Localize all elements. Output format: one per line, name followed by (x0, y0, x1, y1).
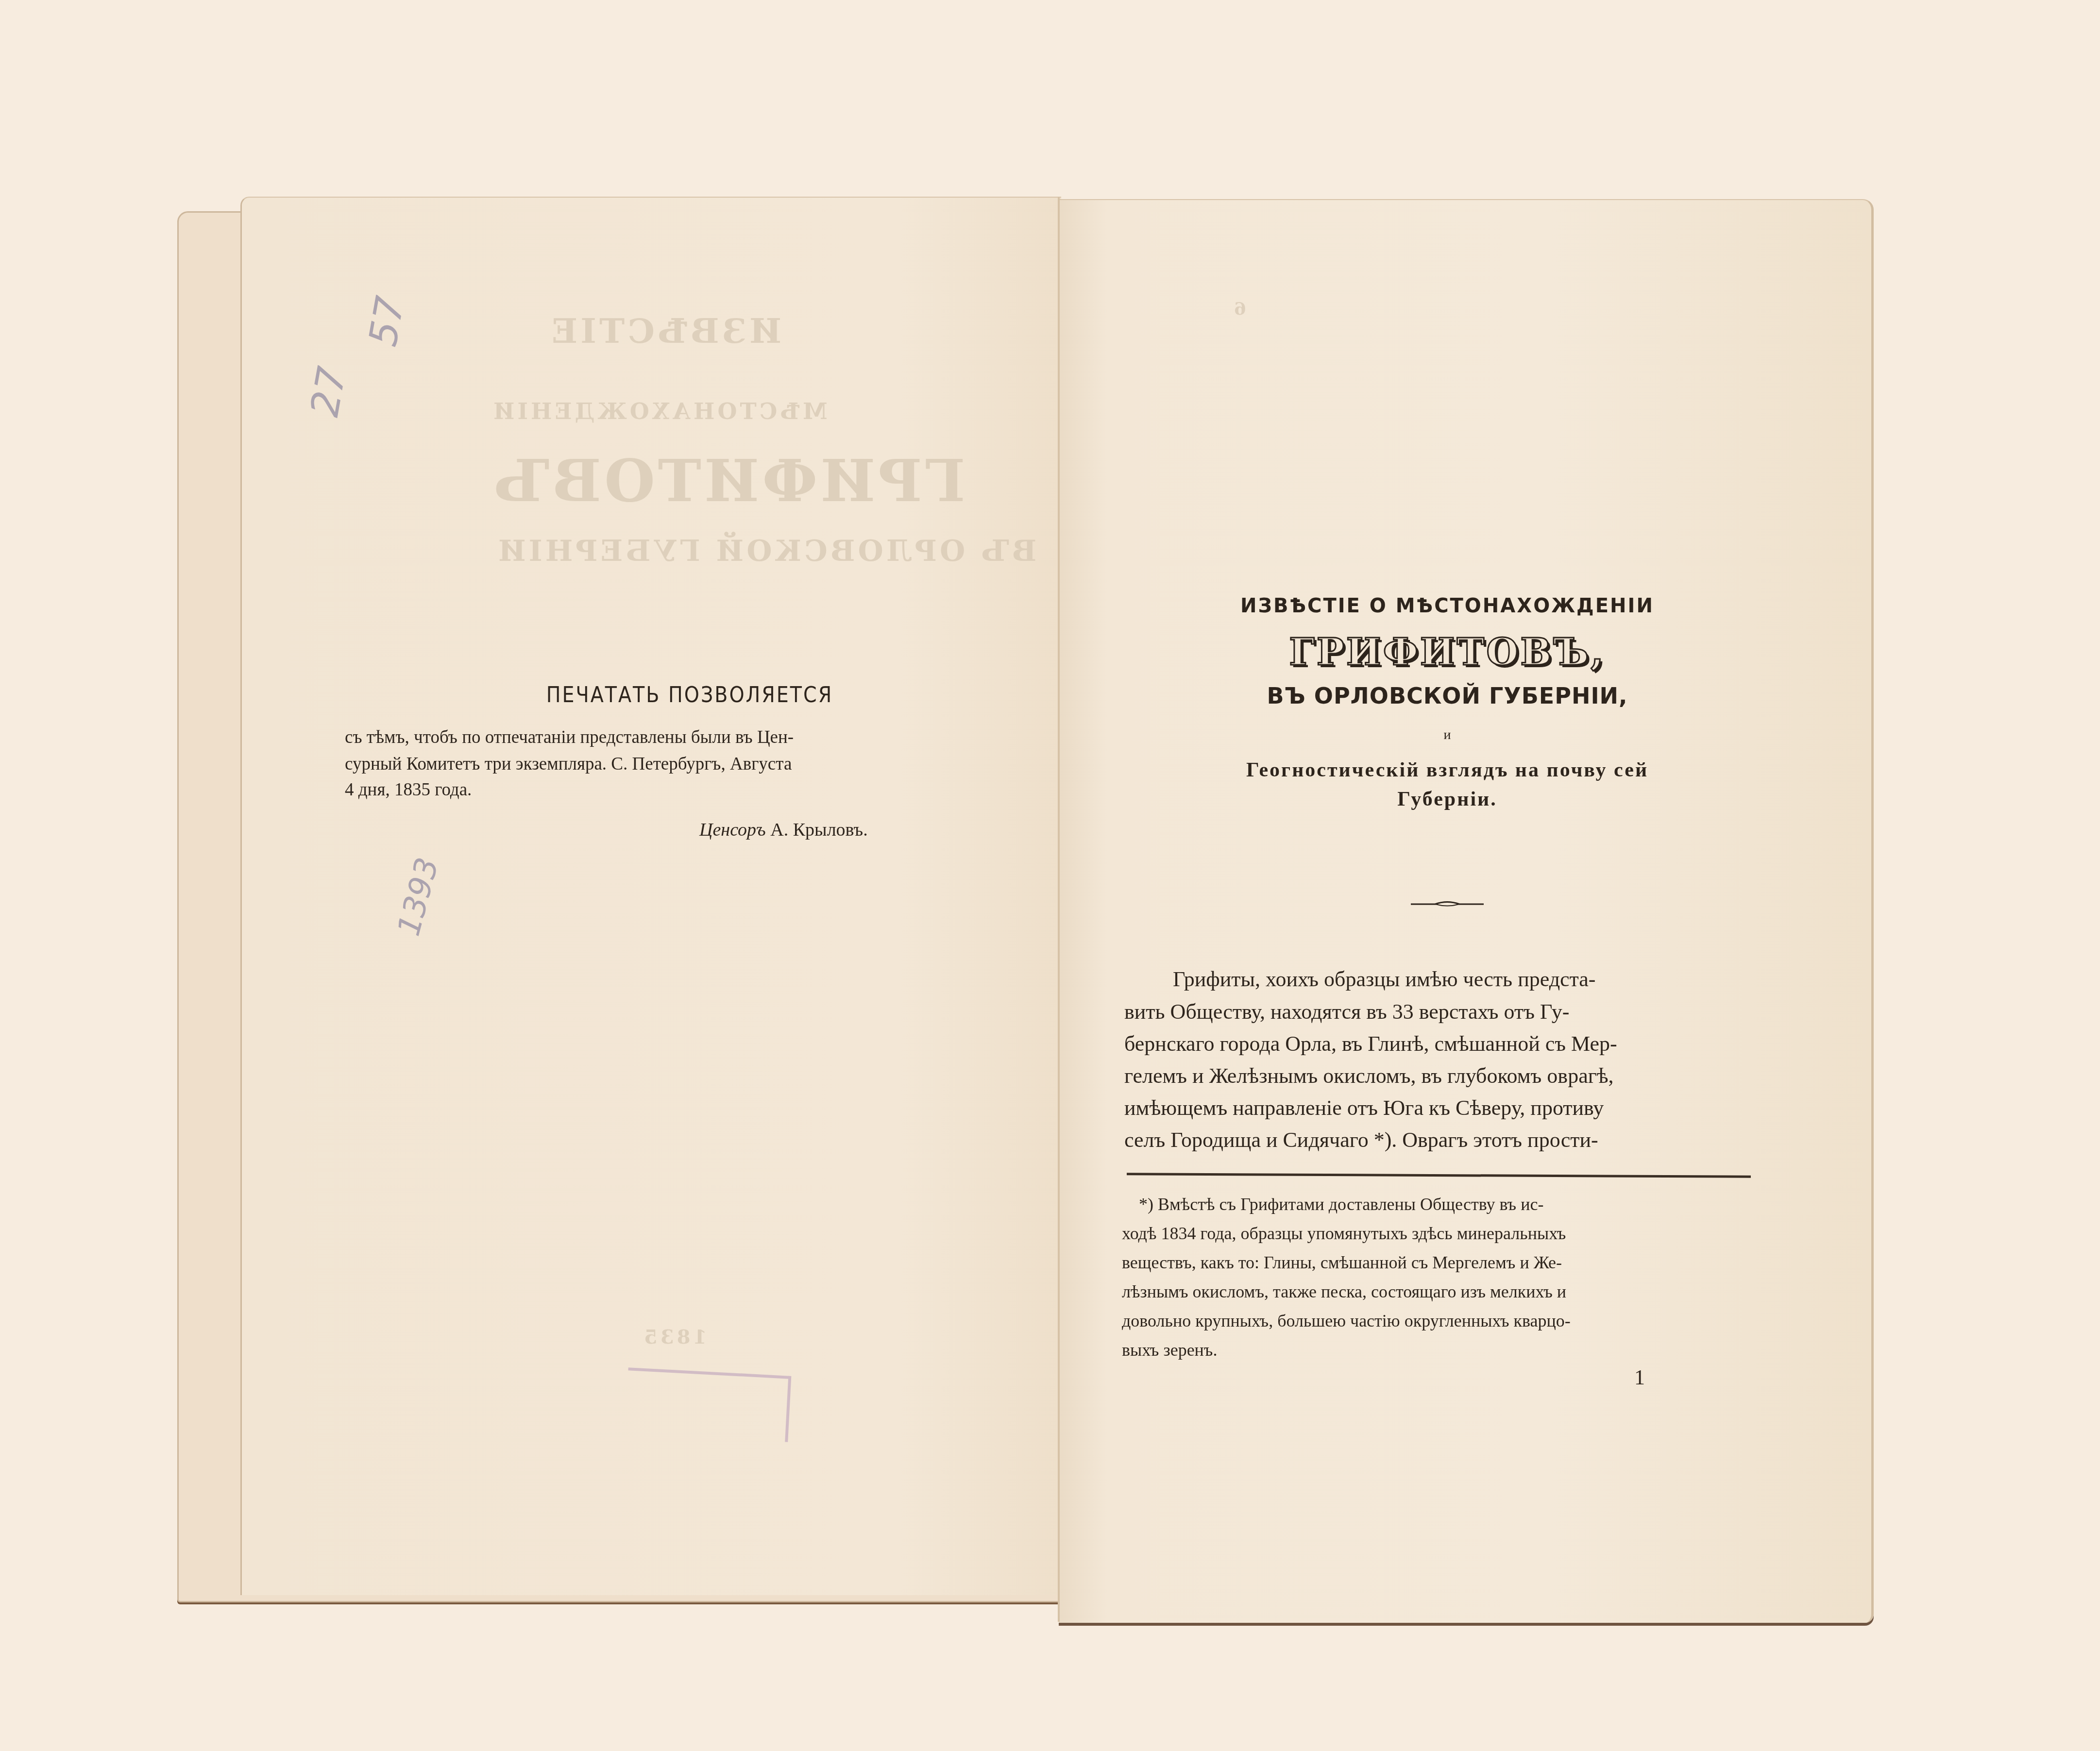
pencil-mark-top: 57 (360, 293, 413, 349)
censor-title: Ценсоръ (699, 820, 766, 840)
page-number: 1 (1634, 1367, 1645, 1388)
imprimatur-line-2: сурный Комитетъ три экземпляра. С. Петер… (345, 755, 792, 773)
title-line-geognostic: Геогностическій взглядъ на почву сей (1246, 760, 1648, 780)
body-line-3: бернскаго города Орла, въ Глинѣ, смѣшанн… (1124, 1033, 1617, 1055)
show-through-big-word: ГРИФИТОВЪ (491, 447, 965, 515)
title-line-and: и (1444, 728, 1451, 742)
footnote-line-1: *) Вмѣстѣ съ Грифитами доставлены Общест… (1139, 1195, 1543, 1213)
footnote-line-5: довольно крупныхъ, большею частію округл… (1122, 1312, 1571, 1330)
book-spine-gutter (1058, 197, 1060, 1622)
show-through-subtitle: МѢСТОНАХОЖДЕНІИ (491, 398, 828, 424)
imprimatur-line-3: 4 дня, 1835 года. (345, 781, 472, 799)
imprimatur-heading: ПЕЧАТАТЬ ПОЗВОЛЯЕТСЯ (546, 685, 833, 706)
body-line-6: селъ Городища и Сидячаго *). Оврагъ этот… (1124, 1129, 1598, 1151)
body-line-4: гелемъ и Желѣзнымъ окисломъ, въ глубоком… (1124, 1065, 1614, 1087)
title-line-graphites: ГРИФИТОВЪ, (1289, 634, 1606, 671)
title-line-governorate: Губерніи. (1397, 789, 1497, 809)
right-page (1059, 199, 1874, 1623)
title-line-news: ИЗВѢСТІЕ О МѢСТОНАХОЖДЕНІИ (1240, 596, 1654, 616)
body-line-1: Грифиты, хоихъ образцы имѣю честь предст… (1173, 969, 1596, 990)
body-line-5: имѣющемъ направленіе отъ Юга къ Сѣверу, … (1124, 1097, 1604, 1119)
show-through-title-word: ИЗВѢСТІЕ (549, 311, 781, 351)
library-stamp (625, 1367, 792, 1442)
show-through-province: ВЪ ОРЛОВСКОЙ ГУБЕРНІИ (495, 534, 1036, 568)
imprimatur-line-1: съ тѣмъ, чтобъ по отпечатаніи представле… (345, 728, 794, 746)
footnote-line-6: выхъ зеренъ. (1122, 1341, 1218, 1359)
title-line-province: ВЪ ОРЛОВСКОЙ ГУБЕРНІИ, (1267, 685, 1627, 707)
body-line-2: вить Обществу, находятся въ 33 верстахъ … (1124, 1001, 1569, 1023)
pencil-mark-top-under: 27 (302, 363, 355, 420)
show-through-page-number: 6 (1231, 299, 1246, 319)
censor-name: А. Крыловъ. (770, 820, 867, 840)
footnote-line-3: веществъ, какъ то: Глины, смѣшанной съ М… (1122, 1254, 1562, 1271)
show-through-year: 1835 (641, 1326, 707, 1348)
footnote-line-4: лѣзнымъ окисломъ, также песка, состоящаг… (1122, 1283, 1566, 1300)
ornament-divider-icon (1411, 901, 1484, 908)
censor-signature: Ценсоръ А. Крыловъ. (699, 821, 868, 839)
footnote-line-2: ходѣ 1834 года, образцы упомянутыхъ здѣс… (1122, 1225, 1566, 1242)
